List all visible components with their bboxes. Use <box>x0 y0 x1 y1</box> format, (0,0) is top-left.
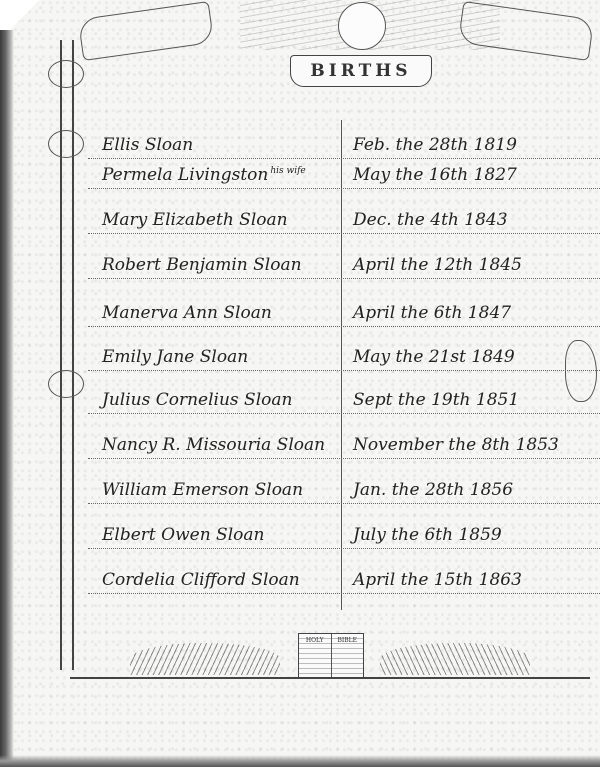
entry-name: Mary Elizabeth Sloan <box>102 210 288 230</box>
entry-date: Jan. the 28th 1856 <box>353 480 513 500</box>
entry-date: July the 6th 1859 <box>353 525 502 545</box>
ledger-row: Permela Livingstonhis wife May the 16th … <box>88 150 600 189</box>
right-fern-decoration <box>380 643 530 675</box>
ledger-row: William Emerson Sloan Jan. the 28th 1856 <box>88 465 600 504</box>
entry-date: April the 12th 1845 <box>353 255 522 275</box>
footer-border-line <box>70 677 590 679</box>
ledger-row: Cordelia Clifford Sloan April the 15th 1… <box>88 555 600 594</box>
ledger-row: Robert Benjamin Sloan April the 12th 184… <box>88 240 600 279</box>
leaf-decoration <box>48 370 84 398</box>
left-fern-decoration <box>130 643 280 675</box>
footer-ornament: HOLY BIBLE <box>60 625 580 695</box>
entry-date: November the 8th 1853 <box>353 435 559 455</box>
entry-name: Elbert Owen Sloan <box>102 525 264 545</box>
bible-right-page: BIBLE <box>332 634 364 678</box>
left-banner-flag-decoration <box>78 1 215 61</box>
ledger-row: Mary Elizabeth Sloan Dec. the 4th 1843 <box>88 195 600 234</box>
page-bottom-shadow <box>0 755 600 767</box>
entry-name: Permela Livingstonhis wife <box>102 165 306 185</box>
ledger-row: Manerva Ann Sloan April the 6th 1847 <box>88 288 600 327</box>
entry-name: Manerva Ann Sloan <box>102 303 272 323</box>
flag-knot-decoration <box>48 60 84 88</box>
entry-name: Emily Jane Sloan <box>102 347 248 367</box>
entry-name: Julius Cornelius Sloan <box>102 390 292 410</box>
ledger-row: Julius Cornelius Sloan Sept the 19th 185… <box>88 375 600 414</box>
page-title: BIRTHS <box>310 61 411 81</box>
entry-note: his wife <box>270 166 305 176</box>
document-page: BIRTHS Ellis Sloan Feb. the 28th 1819 Pe… <box>0 0 600 767</box>
cherub-icon <box>338 2 386 50</box>
right-banner-flag-decoration <box>458 1 595 61</box>
births-ledger: Ellis Sloan Feb. the 28th 1819 Permela L… <box>88 120 600 620</box>
entry-name: Robert Benjamin Sloan <box>102 255 302 275</box>
entry-date: April the 15th 1863 <box>353 570 522 590</box>
open-bible-icon: HOLY BIBLE <box>298 633 364 679</box>
page-edge-shadow <box>0 30 14 767</box>
ledger-row: Elbert Owen Sloan July the 6th 1859 <box>88 510 600 549</box>
entry-date: April the 6th 1847 <box>353 303 511 323</box>
entry-date: Dec. the 4th 1843 <box>353 210 508 230</box>
header-ornament: BIRTHS <box>60 0 600 110</box>
rose-decoration <box>48 130 84 158</box>
ledger-row: Emily Jane Sloan May the 21st 1849 <box>88 332 600 371</box>
ledger-row: Nancy R. Missouria Sloan November the 8t… <box>88 420 600 459</box>
entry-date: May the 21st 1849 <box>353 347 515 367</box>
entry-name-text: Permela Livingston <box>102 165 268 185</box>
entry-name: Nancy R. Missouria Sloan <box>102 435 325 455</box>
entry-date: May the 16th 1827 <box>353 165 517 185</box>
entry-name: Cordelia Clifford Sloan <box>102 570 300 590</box>
title-ribbon: BIRTHS <box>290 55 432 87</box>
entry-date: Sept the 19th 1851 <box>353 390 519 410</box>
entry-name: William Emerson Sloan <box>102 480 303 500</box>
bible-left-page: HOLY <box>299 634 332 678</box>
